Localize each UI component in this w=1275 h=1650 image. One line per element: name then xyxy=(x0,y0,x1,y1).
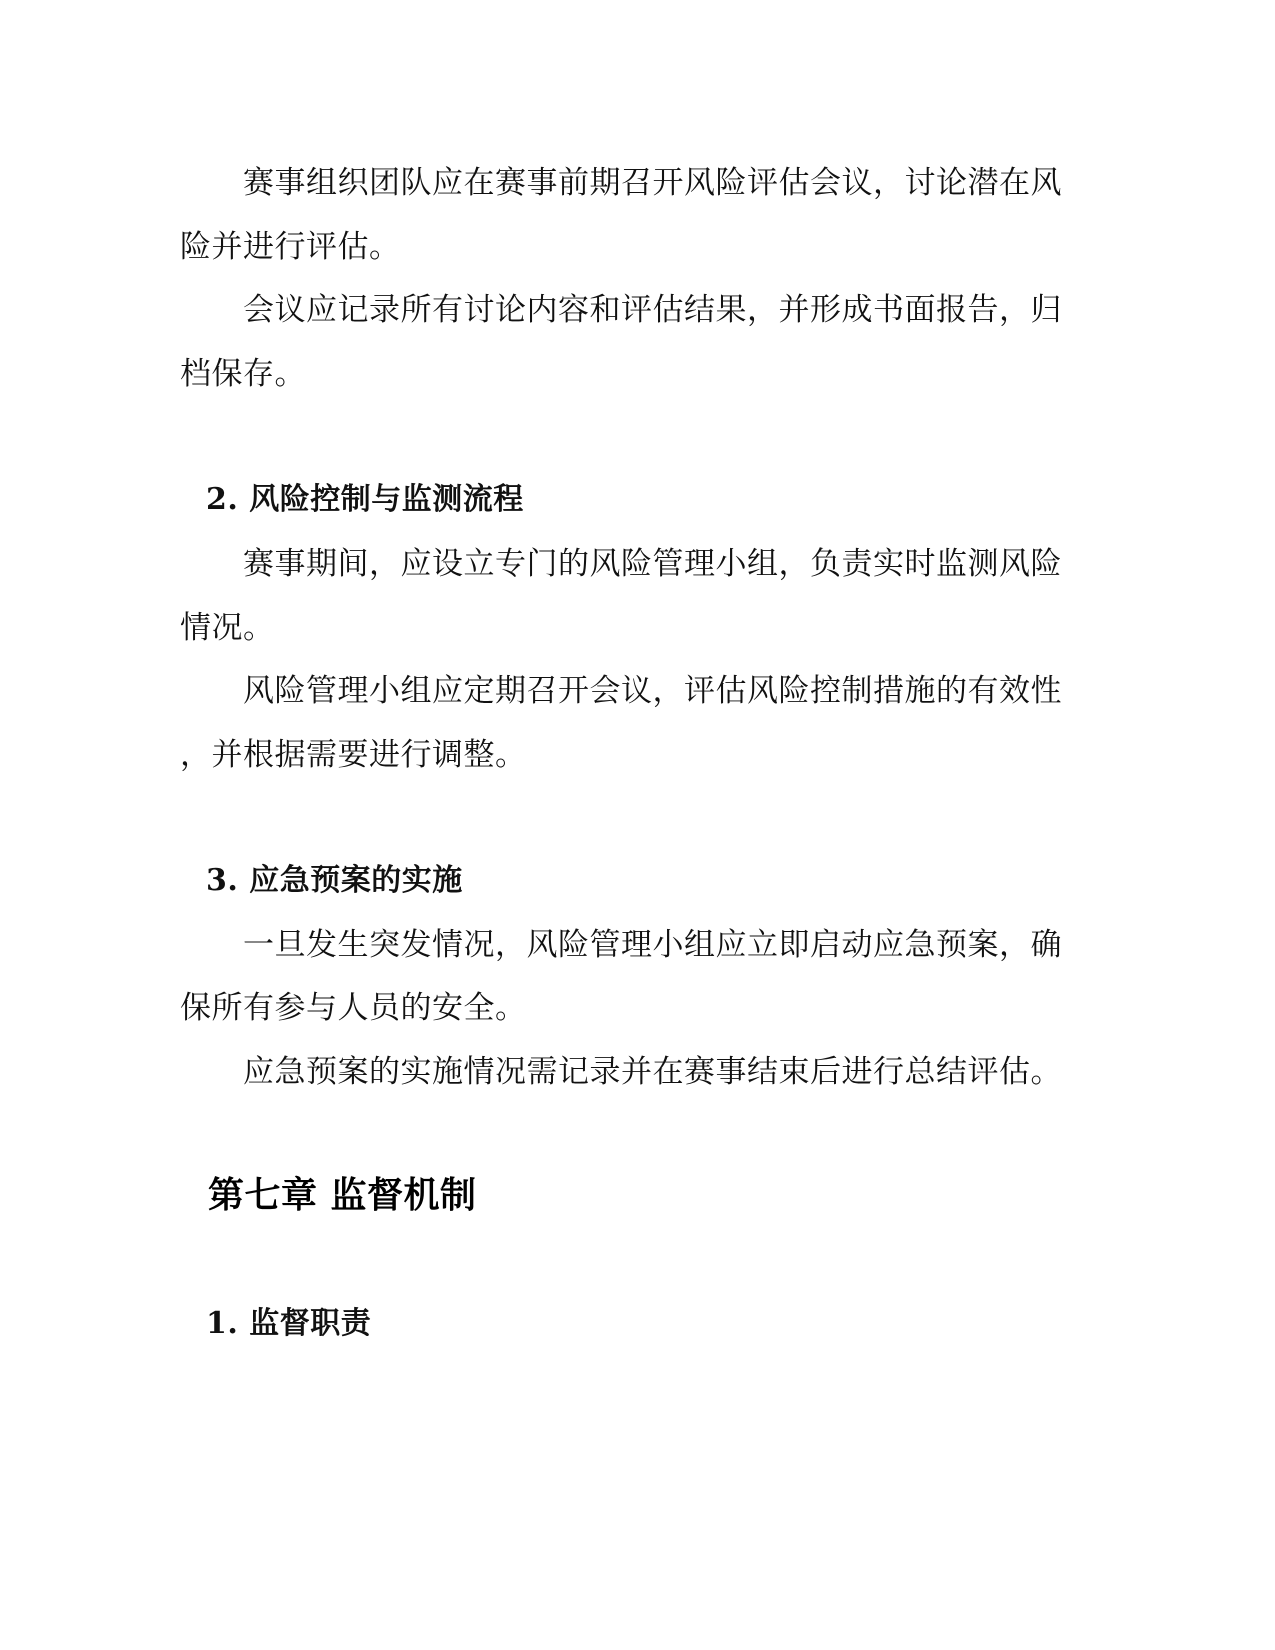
paragraph-line: ，并根据需要进行调整。 xyxy=(180,735,527,775)
section-heading: 3. 应急预案的实施 xyxy=(206,861,463,901)
paragraph-line: 赛事组织团队应在赛事前期召开风险评估会议，讨论潜在风 xyxy=(243,163,1062,203)
paragraph-line: 档保存。 xyxy=(180,354,306,394)
paragraph-line: 赛事期间，应设立专门的风险管理小组，负责实时监测风险 xyxy=(243,544,1062,584)
chapter-title: 第七章 监督机制 xyxy=(208,1173,477,1219)
paragraph-line: 会议应记录所有讨论内容和评估结果，并形成书面报告，归 xyxy=(243,290,1062,330)
paragraph-line: 一旦发生突发情况，风险管理小组应立即启动应急预案，确 xyxy=(243,925,1062,965)
paragraph-line: 险并进行评估。 xyxy=(180,227,401,267)
paragraph-line: 保所有参与人员的安全。 xyxy=(180,988,527,1028)
section-heading: 1. 监督职责 xyxy=(206,1304,371,1344)
document-page: 赛事组织团队应在赛事前期召开风险评估会议，讨论潜在风 险并进行评估。 会议应记录… xyxy=(0,0,1275,1650)
paragraph-line: 风险管理小组应定期召开会议，评估风险控制措施的有效性 xyxy=(243,671,1062,711)
paragraph-line: 情况。 xyxy=(180,608,275,648)
section-heading: 2. 风险控制与监测流程 xyxy=(206,480,524,520)
paragraph-line: 应急预案的实施情况需记录并在赛事结束后进行总结评估。 xyxy=(243,1052,1062,1092)
